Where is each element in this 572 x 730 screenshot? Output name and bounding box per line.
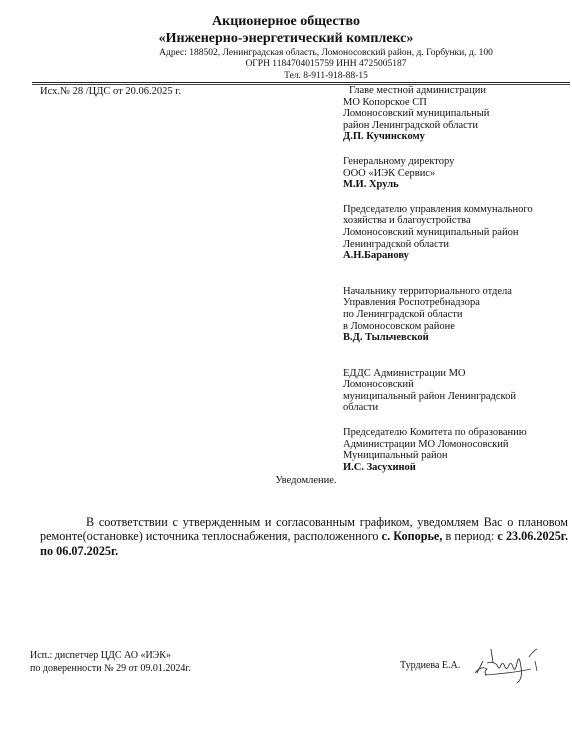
letterhead-org-type: Акционерное общество [0,13,572,30]
recipient-line: по Ленинградской области [343,309,568,321]
recipient: ЕДДС Администрации МО Ломоносовский муни… [343,368,568,414]
body-text-part2: в период: [442,529,497,543]
recipient-name: М.И. Хруль [343,179,568,191]
recipient-line: Ленинградской области [343,239,568,251]
recipient: Председателю управления коммунального хо… [343,204,568,262]
notice-body: В соответствии с утвержденным и согласов… [40,515,568,558]
recipient-name: И.С. Засухиной [343,462,568,474]
recipient-name: Д.П. Кучинскому [343,131,568,143]
letterhead-registration: ОГРН 1184704015759 ИНН 4725005187 [40,58,572,70]
recipient-line: ООО «ИЭК Сервис» [343,168,568,180]
recipient-line: Управления Роспотребнадзора [343,297,568,309]
recipient-line: Главе местной администрации [343,85,568,97]
recipient-line: Ломоносовский муниципальный район [343,227,568,239]
recipient-line: Генеральному директору [343,156,568,168]
signatory-name: Турдиева Е.А. [400,660,460,672]
recipient-name: А.Н.Баранову [343,250,568,262]
executor-block: Исп.: диспетчер ЦДС АО «ИЭК» по доверенн… [30,650,191,675]
signature-icon [473,643,545,685]
recipient-name: В.Д. Тыльчевской [343,332,568,344]
recipient-line: Председателю управления коммунального [343,204,568,216]
recipient-line: хозяйства и благоустройства [343,215,568,227]
letterhead-phone: Тел. 8-911-918-88-15 [40,70,572,82]
recipient-line: МО Копорское СП [343,97,568,109]
recipient: Генеральному директору ООО «ИЭК Сервис» … [343,156,568,191]
recipient-line: Муниципальный район [343,450,568,462]
recipient-line: Ломоносовский муниципальный [343,108,568,120]
recipients-block: Главе местной администрации МО Копорское… [343,85,568,473]
recipient-line: Администрации МО Ломоносовский [343,439,568,451]
outgoing-reference: Исх.№ 28 /ЦДС от 20.06.2025 г. [40,85,181,98]
recipient: Главе местной администрации МО Копорское… [343,85,568,143]
document-title: Уведомление. [0,475,572,486]
recipient-line: Начальнику территориального отдела [343,286,568,298]
executor-line: Исп.: диспетчер ЦДС АО «ИЭК» [30,650,191,663]
recipient: Начальнику территориального отдела Управ… [343,286,568,344]
recipient-line: муниципальный район Ленинградской [343,391,568,403]
recipient-line: ЕДДС Администрации МО [343,368,568,380]
body-location: с. Копорье, [382,529,443,543]
recipient-line: области [343,402,568,414]
recipient-line: район Ленинградской области [343,120,568,132]
letterhead-org-name: «Инженерно-энергетический комплекс» [0,30,572,47]
recipient-line: в Ломоносовском районе [343,321,568,333]
authority-line: по доверенности № 29 от 09.01.2024г. [30,663,191,676]
recipient: Председателю Комитета по образованию Адм… [343,427,568,473]
recipient-line: Председателю Комитета по образованию [343,427,568,439]
recipient-line: Ломоносовский [343,379,568,391]
